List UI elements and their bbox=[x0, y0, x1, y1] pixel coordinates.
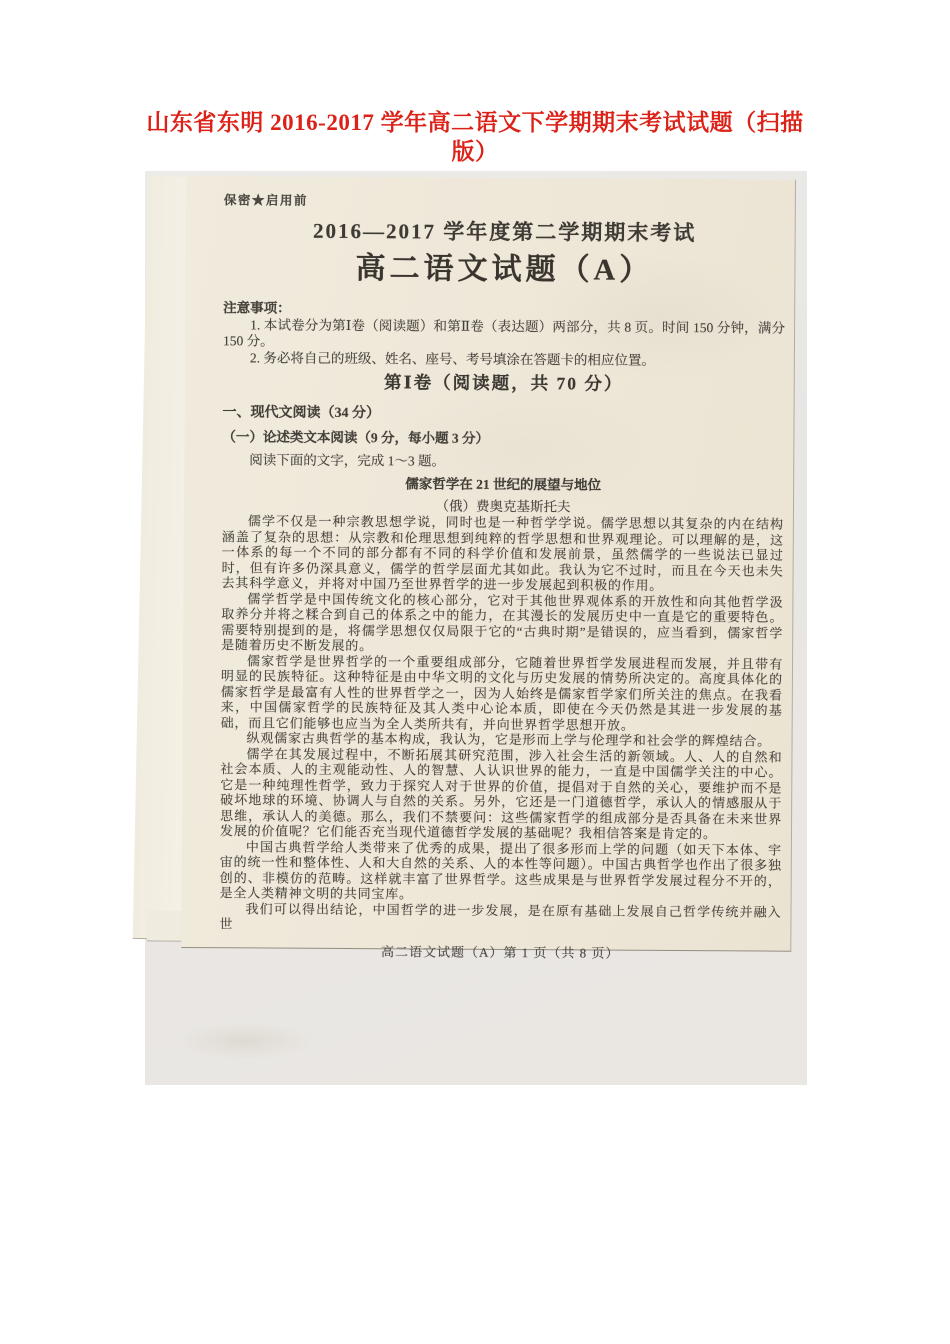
essay-title: 儒家哲学在 21 世纪的展望与地位 bbox=[222, 471, 784, 494]
essay-paragraph-7: 我们可以得出结论，中国哲学的进一步发展，是在原有基础上发展自己哲学传统并融入世 bbox=[219, 901, 781, 935]
page-title: 山东省东明 2016-2017 学年高二语文下学期期末考试试题（扫描版） bbox=[130, 108, 820, 166]
reading-instruction: 阅读下面的文字，完成 1～3 题。 bbox=[222, 448, 784, 471]
essay-paragraph-5: 儒学在其发展过程中，不断拓展其研究范围，涉入社会生活的新领域。人、人的自然和社会… bbox=[220, 746, 783, 842]
exam-title: 高二语文试题（A） bbox=[223, 249, 785, 290]
screenshot-root: 山东省东明 2016-2017 学年高二语文下学期期末考试试题（扫描版） 保密★… bbox=[0, 0, 950, 1344]
page-footer: 高二语文试题（A）第 1 页（共 8 页） bbox=[219, 940, 781, 962]
section-heading: 一、现代文阅读（34 分） bbox=[223, 401, 785, 424]
confidential-label: 保密★启用前 bbox=[224, 190, 786, 211]
essay-paragraph-2: 儒学哲学是中国传统文化的核心部分，它对于其他世界观体系的开放性和向其他哲学汲取养… bbox=[221, 591, 783, 656]
essay-paragraph-3: 儒家哲学是世界哲学的一个重要组成部分，它随着世界哲学发展进程而发展，并且带有明显… bbox=[221, 653, 783, 734]
notice-item-1: 1. 本试卷分为第Ⅰ卷（阅读题）和第Ⅱ卷（表达题）两部分，共 8 页。时间 15… bbox=[223, 317, 785, 352]
subsection-heading: （一）论述类文本阅读（9 分，每小题 3 分） bbox=[222, 425, 784, 448]
exam-page: 保密★启用前 2016—2017 学年度第二学期期末考试 高二语文试题（A） 注… bbox=[181, 176, 796, 952]
scanner-stain bbox=[185, 1011, 385, 1071]
exam-session-title: 2016—2017 学年度第二学期期末考试 bbox=[224, 218, 786, 246]
essay-paragraph-6: 中国古典哲学给人类带来了优秀的成果，提出了很多形而上学的问题（如天下本体、宇宙的… bbox=[220, 839, 782, 904]
part-heading: 第Ⅰ卷（阅读题，共 70 分） bbox=[223, 371, 785, 395]
essay-paragraph-1: 儒学不仅是一种宗教思想学说，同时也是一种哲学学说。儒学思想以其复杂的内在结构涵盖… bbox=[221, 513, 783, 594]
scan-image: 保密★启用前 2016—2017 学年度第二学期期末考试 高二语文试题（A） 注… bbox=[145, 171, 807, 1085]
notice-item-2: 2. 务必将自己的班级、姓名、座号、考号填涂在答题卡的相应位置。 bbox=[223, 350, 785, 369]
notice-heading: 注意事项： bbox=[223, 296, 785, 319]
